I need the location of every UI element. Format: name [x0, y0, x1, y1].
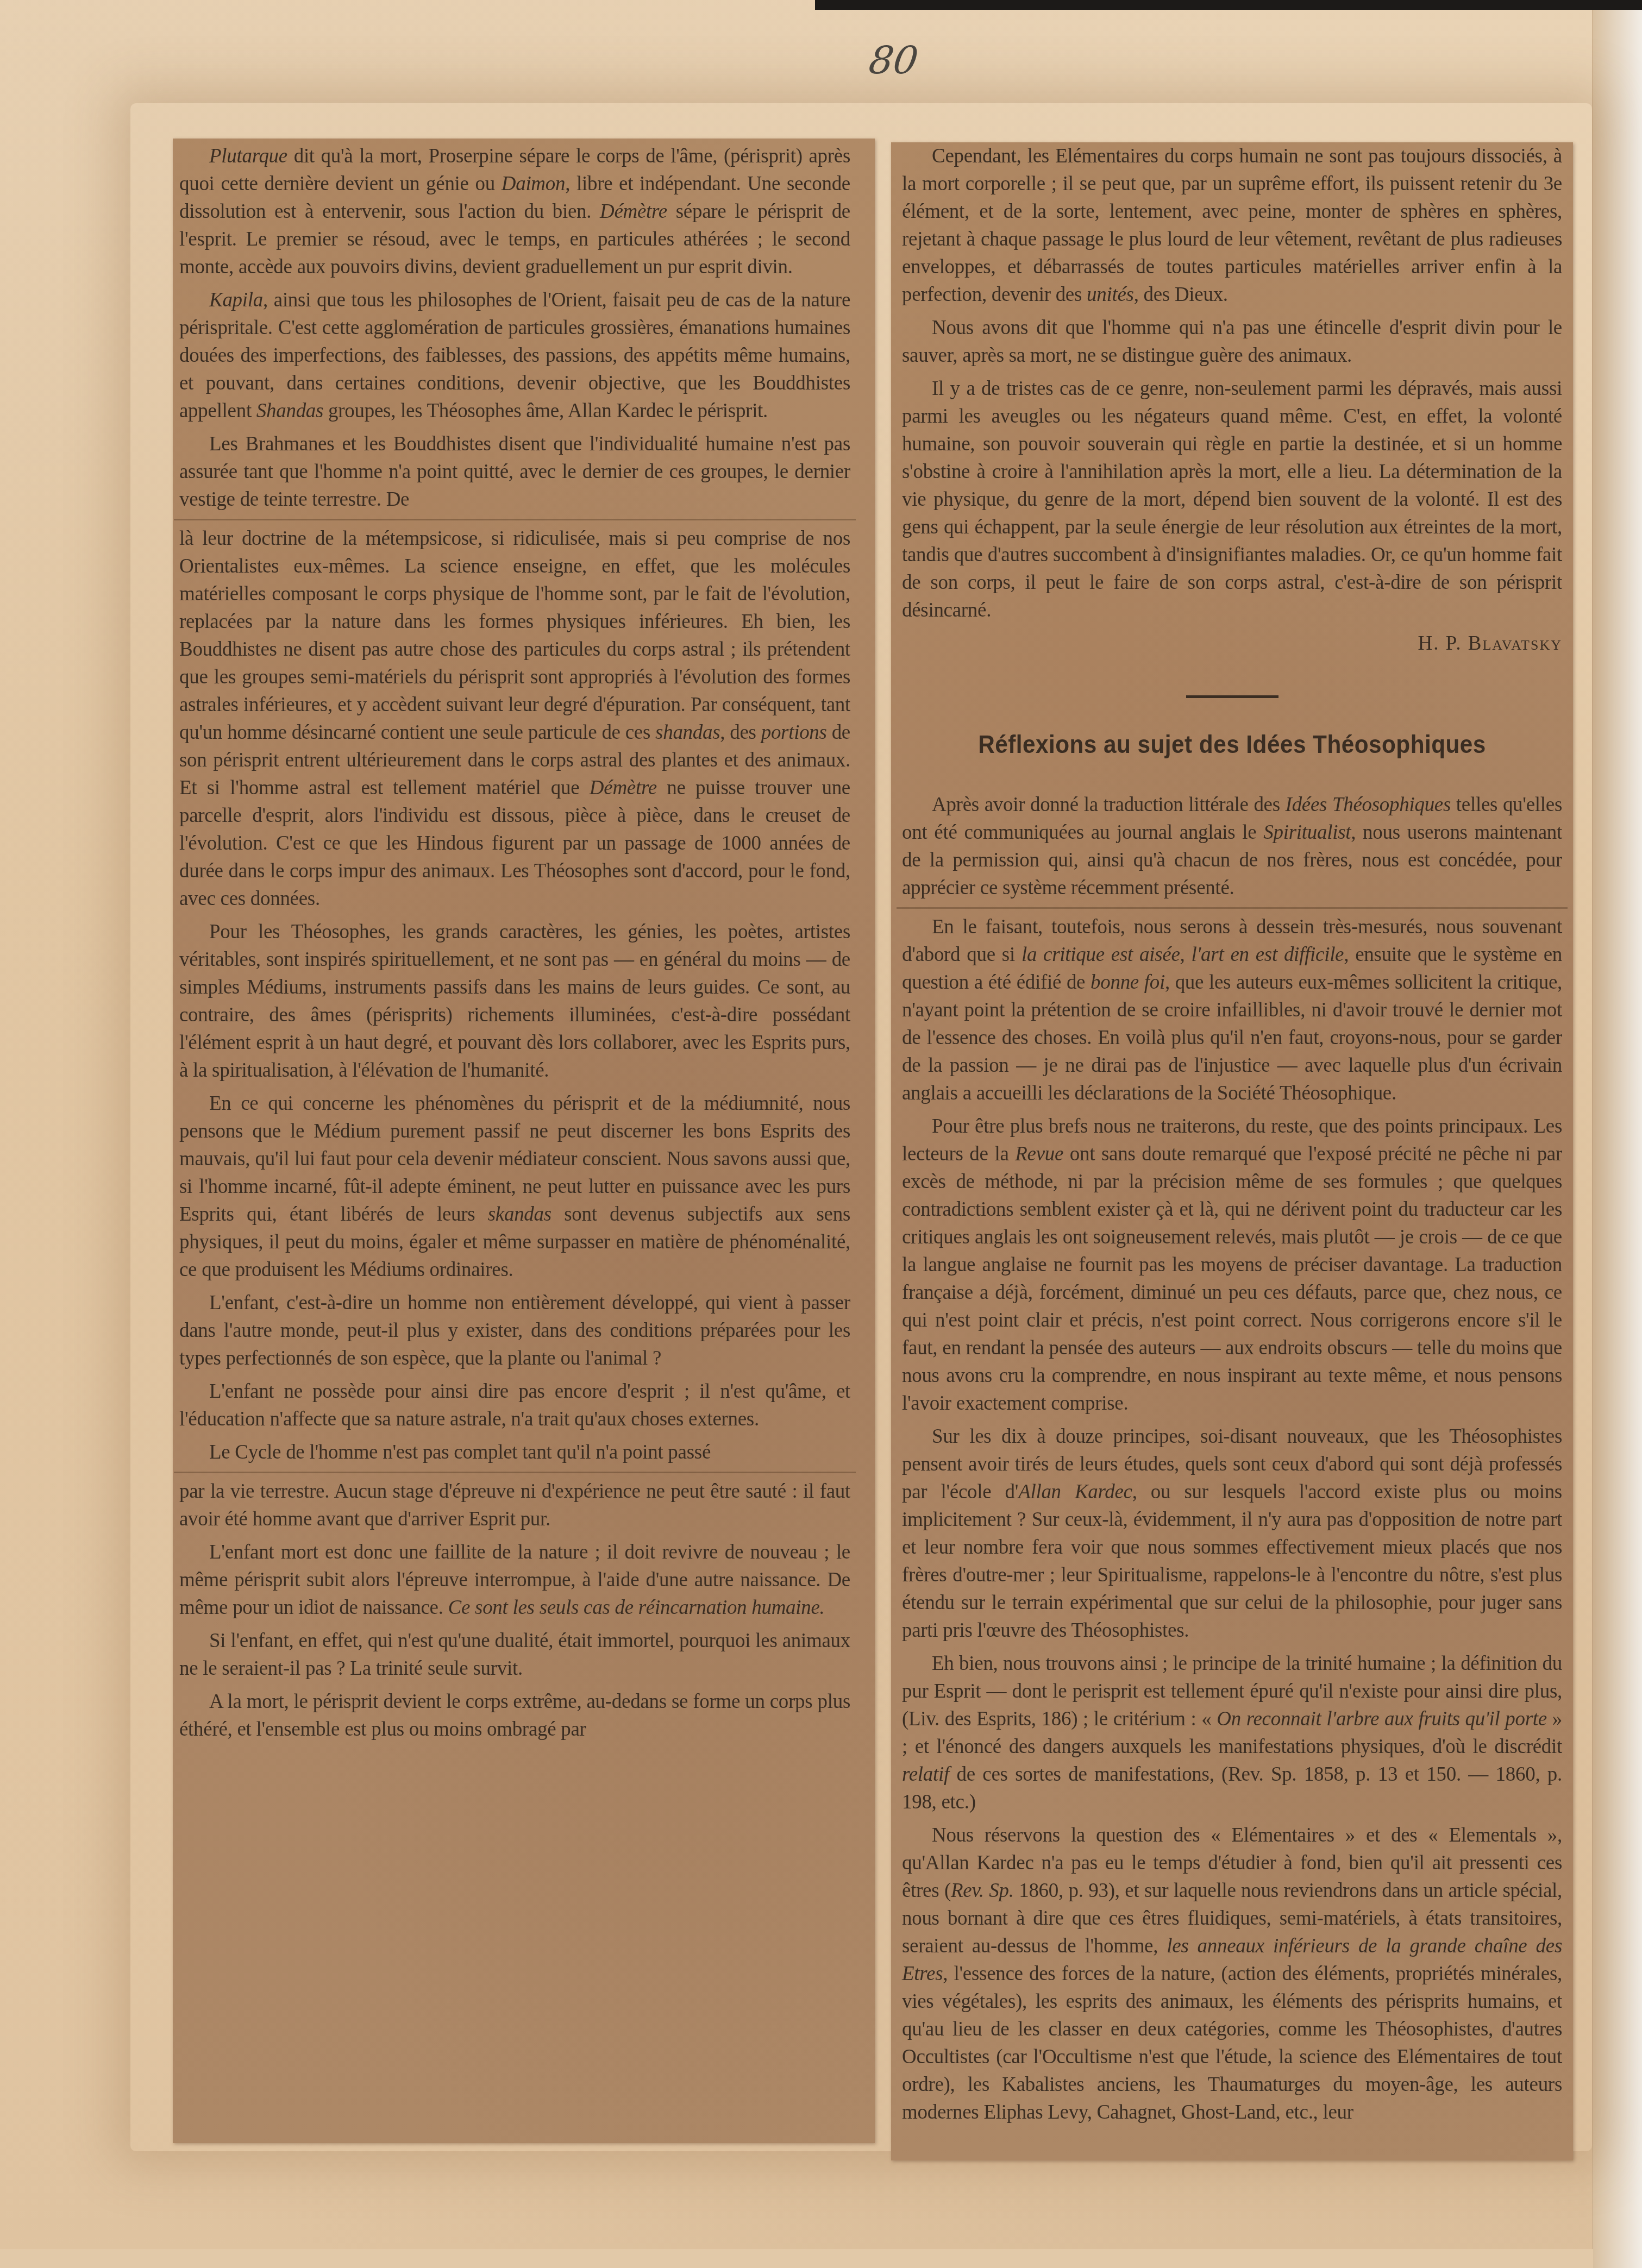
paragraph-etincelle: Nous avons dit que l'homme qui n'a pas u… [902, 314, 1562, 369]
paragraph-theosophes-genies: Pour les Théosophes, les grands caractèr… [179, 918, 850, 1084]
paragraph-plutarque: Plutarque dit qu'à la mort, Proserpine s… [179, 142, 850, 281]
paragraph-cycle: Le Cycle de l'homme n'est pas complet ta… [179, 1438, 850, 1466]
scanner-edge-right [1593, 10, 1642, 2268]
paragraph-brahmanes: Les Brahmanes et les Bouddhistes disent … [179, 430, 850, 513]
section-separator-rule [1186, 695, 1278, 698]
paragraph-nous-reservons: Nous réservons la question des « Elément… [902, 1821, 1562, 2126]
paragraph-dix-a-douze-principes: Sur les dix à douze principes, soi-disan… [902, 1423, 1562, 1644]
clipping-fold-line [174, 1472, 856, 1473]
handwritten-page-number: 80 [866, 38, 921, 83]
paragraph-enfant-question: L'enfant, c'est-à-dire un homme non enti… [179, 1289, 850, 1372]
paragraph-pour-etre-plus-brefs: Pour être plus brefs nous ne traiterons,… [902, 1113, 1562, 1417]
paragraph-kapila: Kapila, ainsi que tous les philosophes d… [179, 286, 850, 425]
paragraph-apres-avoir: Après avoir donné la traduction littéral… [902, 791, 1562, 902]
left-text-column: Plutarque dit qu'à la mort, Proserpine s… [179, 142, 850, 1749]
clipping-fold-line [897, 907, 1568, 909]
paragraph-eh-bien: Eh bien, nous trouvons ainsi ; le princi… [902, 1650, 1562, 1816]
clipping-fold-line [174, 519, 856, 520]
paragraph-mediumnite: En ce qui concerne les phénomènes du pér… [179, 1090, 850, 1284]
paragraph-metempsicose: là leur doctrine de la métempsicose, si … [179, 525, 850, 913]
author-signature: H. P. Blavatsky [902, 630, 1562, 657]
scanner-edge-top [815, 0, 1642, 10]
paragraph-enfant-mort: L'enfant mort est donc une faillite de l… [179, 1538, 850, 1622]
paragraph-elementaires: Cependant, les Elémentaires du corps hum… [902, 142, 1562, 309]
paragraph-enfant-esprit: L'enfant ne possède pour ainsi dire pas … [179, 1378, 850, 1433]
paragraph-en-le-faisant: En le faisant, toutefois, nous serons à … [902, 913, 1562, 1107]
paragraph-trinite: Si l'enfant, en effet, qui n'est qu'une … [179, 1627, 850, 1682]
paragraph-a-la-mort: A la mort, le périsprit devient le corps… [179, 1688, 850, 1743]
right-text-column: Cependant, les Elémentaires du corps hum… [902, 142, 1562, 2132]
paragraph-vie-terrestre: par la vie terrestre. Aucun stage d'épre… [179, 1478, 850, 1533]
article-title: Réflexions au sujet des Idées Théosophiq… [929, 731, 1536, 758]
paragraph-tristes-cas: Il y a de tristes cas de ce genre, non-s… [902, 375, 1562, 624]
